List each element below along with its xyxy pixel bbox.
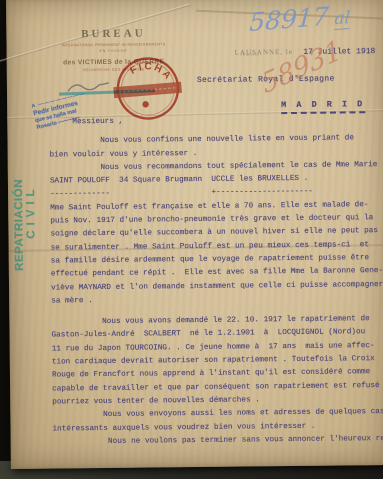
blue-number: 58917 <box>249 1 330 37</box>
letterhead-subtitle-2: EN FAVEUR <box>51 48 177 53</box>
repatriation-stamp: REPATRIACIÓN CIVIL <box>12 139 37 271</box>
letter-body: Messieurs , Nous vous confions une nouve… <box>49 113 383 450</box>
body-paragraph: Nous vous recommandons tout spécialement… <box>50 159 383 202</box>
body-paragraph: Nous vous envoyons aussi les noms et adr… <box>52 406 383 436</box>
letterhead-title: BUREAU <box>50 27 176 40</box>
place-sub: (Suisse) <box>241 51 260 56</box>
letter-page: BUREAU INTERNATIONAL PERMANENT de RENSEI… <box>6 0 383 469</box>
repatriation-stamp-line-2: CIVIL <box>24 139 37 239</box>
handwritten-blue-number: 58917al <box>249 0 352 37</box>
body-paragraph: Nous vous confions une nouvelle liste en… <box>49 132 383 162</box>
body-paragraph: Nous vous avons demandé le 22. 10. 1917 … <box>51 313 383 410</box>
city-madrid: M A D R I D <box>281 99 365 114</box>
letterhead-subtitle-1: INTERNATIONAL PERMANENT de RENSEIGNEMENT… <box>50 42 176 47</box>
blue-number-suffix: al <box>334 8 351 30</box>
body-paragraph: Nous ne voulons pas terminer sans vous a… <box>53 433 383 450</box>
body-paragraph: Messieurs , <box>49 113 383 130</box>
body-paragraph: Mme Saint Pouloff est française et elle … <box>50 199 383 309</box>
